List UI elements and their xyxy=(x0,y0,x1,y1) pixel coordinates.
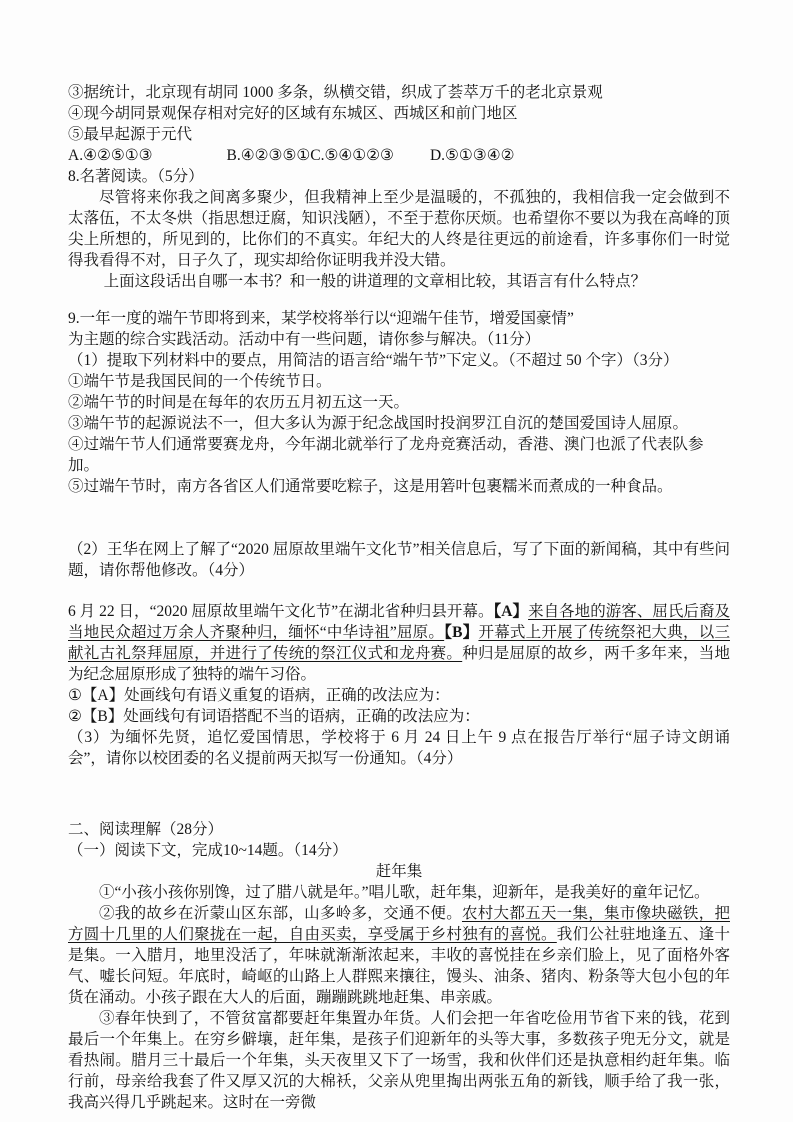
q9-news-draft: 6 月 22 日，“2020 屈原故里端午文化节”在湖北省种归县开幕。【A】来自… xyxy=(68,601,730,685)
q9-fix-b: ②【B】处画线句有词语搭配不当的语病，正确的改法应为： xyxy=(68,706,730,727)
passage-para-2: ②我的故乡在沂蒙山区东部，山多岭多，交通不便。农村大都五天一集，集市像块磁铁，把… xyxy=(68,903,730,1008)
news-marker-a: 【A】 xyxy=(494,603,529,620)
q8-quote: 尽管将来你我之间离多聚少，但我精神上至少是温暖的，不孤独的，我相信我一定会做到不… xyxy=(68,187,730,271)
q9-material-2: ②端午节的时间是在每年的农历五月初五这一天。 xyxy=(68,392,730,413)
q9-material-3: ③端午节的起源说法不一，但大多认为源于纪念战国时投润罗江自沉的楚国爱国诗人屈原。 xyxy=(68,413,730,434)
q8-question: 上面这段话出自哪一本书？和一般的讲道理的文章相比较，其语言有什么特点？ xyxy=(68,271,730,292)
q8-heading: 8.名著阅读。（5分） xyxy=(68,166,730,187)
q9-intro-line1: 9.一年一度的端午节即将到来，某学校将举行以“迎端午佳节，增爱国豪情” xyxy=(68,308,730,329)
q9-fix-a: ①【A】处画线句有语义重复的语病，正确的改法应为： xyxy=(68,685,730,706)
q9-part2-heading: （2）王华在网上了解了“2020 屈原故里端午文化节”相关信息后，写了下面的新闻… xyxy=(68,539,730,581)
q7-item-3: ③据统计，北京现有胡同 1000 多条，纵横交错，织成了荟萃万千的老北京景观 xyxy=(68,82,730,103)
q7-options-row: A.④②⑤①③B.④②③⑤①C.⑤④①②③D.⑤①③④② xyxy=(68,145,730,166)
q7-item-5: ⑤最早起源于元代 xyxy=(68,124,730,145)
q7-option-d: D.⑤①③④② xyxy=(430,147,515,164)
passage-para-1: ①“小孩小孩你别馋，过了腊八就是年。”唱儿歌，赶年集，迎新年，是我美好的童年记忆… xyxy=(68,882,730,903)
exam-page: ③据统计，北京现有胡同 1000 多条，纵横交错，织成了荟萃万千的老北京景观 ④… xyxy=(0,0,793,1122)
section2-subheading: （一）阅读下文，完成10~14题。（14分） xyxy=(68,840,730,861)
q7-option-a: A.④②⑤①③ xyxy=(68,147,153,164)
section2-heading: 二、阅读理解（28分） xyxy=(68,819,730,840)
q9-material-1: ①端午节是我国民间的一个传统节日。 xyxy=(68,371,730,392)
passage-para-3: ③春年快到了，不管贫富都要赶年集置办年货。人们会把一年省吃俭用节省下来的钱，花到… xyxy=(68,1008,730,1113)
q9-part3: （3）为缅怀先贤，追忆爱国情思，学校将于 6 月 24 日上午 9 点在报告厅举… xyxy=(68,727,730,769)
news-seg1: 6 月 22 日，“2020 屈原故里端午文化节”在湖北省种归县开幕。 xyxy=(68,603,494,620)
para2-pre: ②我的故乡在沂蒙山区东部，山多岭多，交通不便。 xyxy=(99,905,462,922)
q9-material-5: ⑤过端午节时，南方各省区人们通常要吃粽子，这是用箬叶包裹糯米而煮成的一种食品。 xyxy=(68,476,730,497)
passage-title: 赶年集 xyxy=(68,861,730,882)
q9-intro-line2: 为主题的综合实践活动。活动中有一些问题，请你参与解决。（11分） xyxy=(68,329,730,350)
q9-material-4: ④过端午节人们通常要赛龙舟，今年湖北就举行了龙舟竞赛活动，香港、澳门也派了代表队… xyxy=(68,434,730,476)
news-marker-b: 【B】 xyxy=(444,624,478,641)
q7-item-4: ④现今胡同景观保存相对完好的区域有东城区、西城区和前门地区 xyxy=(68,103,730,124)
q9-part1-heading: （1）提取下列材料中的要点，用简洁的语言给“端午节”下定义。（不超过 50 个字… xyxy=(68,350,730,371)
q7-option-b-c: B.④②③⑤①C.⑤④①②③ xyxy=(227,147,394,164)
